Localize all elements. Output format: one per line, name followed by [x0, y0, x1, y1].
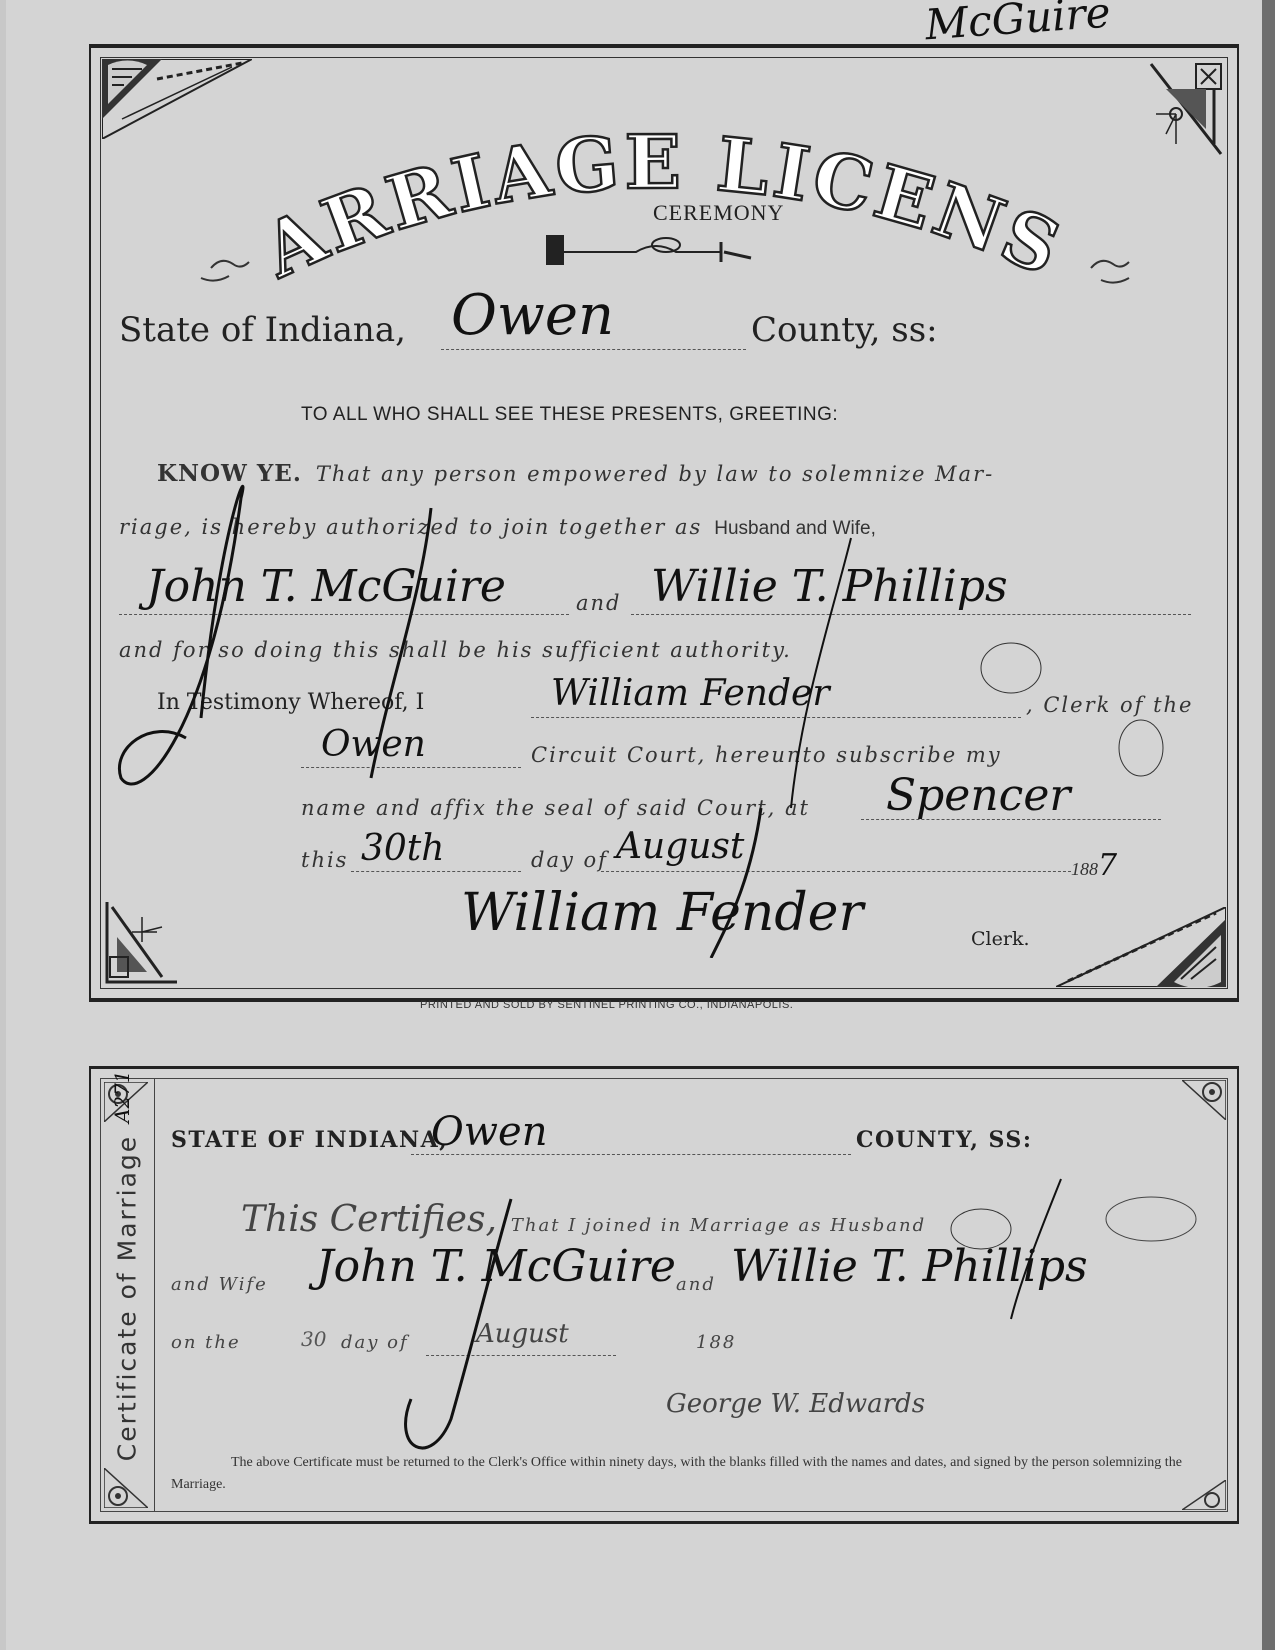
certificate-county-handwritten: Owen — [431, 1109, 547, 1155]
marriage-license-form: MARRIAGE LICENSE. CEREMONY State of Indi… — [89, 44, 1239, 1002]
certificate-year-prefix: 188 — [696, 1332, 736, 1353]
greeting-line: TO ALL WHO SHALL SEE THESE PRESENTS, GRE… — [301, 404, 838, 426]
county-ss-label: County, ss: — [751, 310, 938, 350]
officiant-signature: George W. Edwards — [666, 1389, 925, 1419]
place-handwritten: Spencer — [886, 770, 1070, 821]
county-handwritten: Owen — [451, 283, 614, 348]
and-wife-label: and Wife — [171, 1274, 268, 1295]
joined-in-marriage-line: That I joined in Marriage as Husband — [511, 1215, 926, 1236]
clerk-name-fill-line — [531, 716, 1021, 718]
certificate-side-panel: A271 Certificate of Marriage — [100, 1078, 155, 1512]
certificate-and-label: and — [676, 1274, 716, 1295]
this-label: this — [301, 848, 348, 872]
day-handwritten: 30th — [361, 828, 444, 869]
clerk-of-the-label: , Clerk of the — [1026, 693, 1193, 717]
clasped-hands-icon — [546, 230, 756, 275]
day-of-label: day of — [531, 848, 608, 872]
certificate-day: 30 — [301, 1327, 326, 1351]
rosette-corner-right-icon — [1182, 1080, 1226, 1120]
circuit-court-line: Circuit Court, hereunto subscribe my — [531, 743, 1002, 767]
county-fill-line — [441, 348, 746, 350]
certificate-groom-name: John T. McGuire — [316, 1241, 676, 1292]
this-certifies-label: This Certifies, — [241, 1199, 497, 1240]
groom-name: John T. McGuire — [146, 561, 506, 612]
and-label: and — [576, 591, 622, 615]
return-instructions-note: The above Certificate must be returned t… — [171, 1452, 1211, 1496]
certificate-of-marriage-label: Certificate of Marriage — [113, 1135, 142, 1461]
greek-key-corner-ornament-bottom-icon — [1056, 907, 1226, 987]
state-of-indiana-label: State of Indiana, — [119, 310, 406, 350]
certificate-month: August — [476, 1319, 569, 1349]
authorization-line-1: That any person empowered by law to sole… — [316, 462, 994, 486]
authorization-line-2: riage, is hereby authorized to join toge… — [119, 515, 702, 539]
know-ye-label: KNOW YE. — [157, 460, 302, 487]
month-fill-line — [601, 870, 1071, 872]
testimony-label: In Testimony Whereof, I — [157, 690, 424, 715]
greek-key-corner-ornament-icon — [102, 59, 252, 139]
certificate-month-fill-line — [426, 1354, 616, 1356]
page-right-edge — [1262, 0, 1275, 1650]
month-handwritten: August — [616, 826, 744, 867]
court-county-fill-line — [301, 766, 521, 768]
certificate-county-ss-label: COUNTY, SS: — [856, 1127, 1032, 1153]
surname-annotation: McGuire — [924, 0, 1112, 49]
ceremony-label: CEREMONY — [653, 200, 784, 226]
printer-imprint: PRINTED AND SOLD BY SENTINEL PRINTING CO… — [420, 999, 793, 1011]
seal-line: name and affix the seal of said Court, a… — [301, 796, 810, 820]
certificate-record-number: A271 — [110, 1070, 134, 1123]
groom-fill-line — [119, 613, 569, 615]
clerk-signature: William Fender — [461, 883, 863, 943]
year-suffix-handwritten: 7 — [1098, 848, 1117, 883]
clerk-name-handwritten: William Fender — [551, 673, 830, 714]
rosette-corner-bottom-icon — [104, 1468, 148, 1508]
lattice-corner-ornament-bottom-icon — [102, 897, 182, 987]
authority-line: and for so doing this shall be his suffi… — [119, 638, 792, 662]
bride-fill-line — [631, 613, 1191, 615]
on-the-label: on the — [171, 1332, 241, 1353]
certificate-of-marriage-form: A271 Certificate of Marriage STATE OF IN… — [89, 1066, 1239, 1524]
court-county-handwritten: Owen — [321, 724, 426, 765]
certificate-state-label: STATE OF INDIANA, — [171, 1127, 448, 1153]
day-fill-line — [351, 870, 521, 872]
page-left-edge — [0, 0, 6, 1650]
bride-name: Willie T. Phillips — [651, 561, 1008, 612]
certificate-bride-name: Willie T. Phillips — [731, 1241, 1088, 1292]
clerk-label: Clerk. — [971, 928, 1030, 950]
year-prefix: 188 — [1071, 859, 1098, 879]
certificate-day-of-label: day of — [341, 1332, 409, 1353]
husband-and-wife-label: Husband and Wife, — [714, 518, 876, 539]
